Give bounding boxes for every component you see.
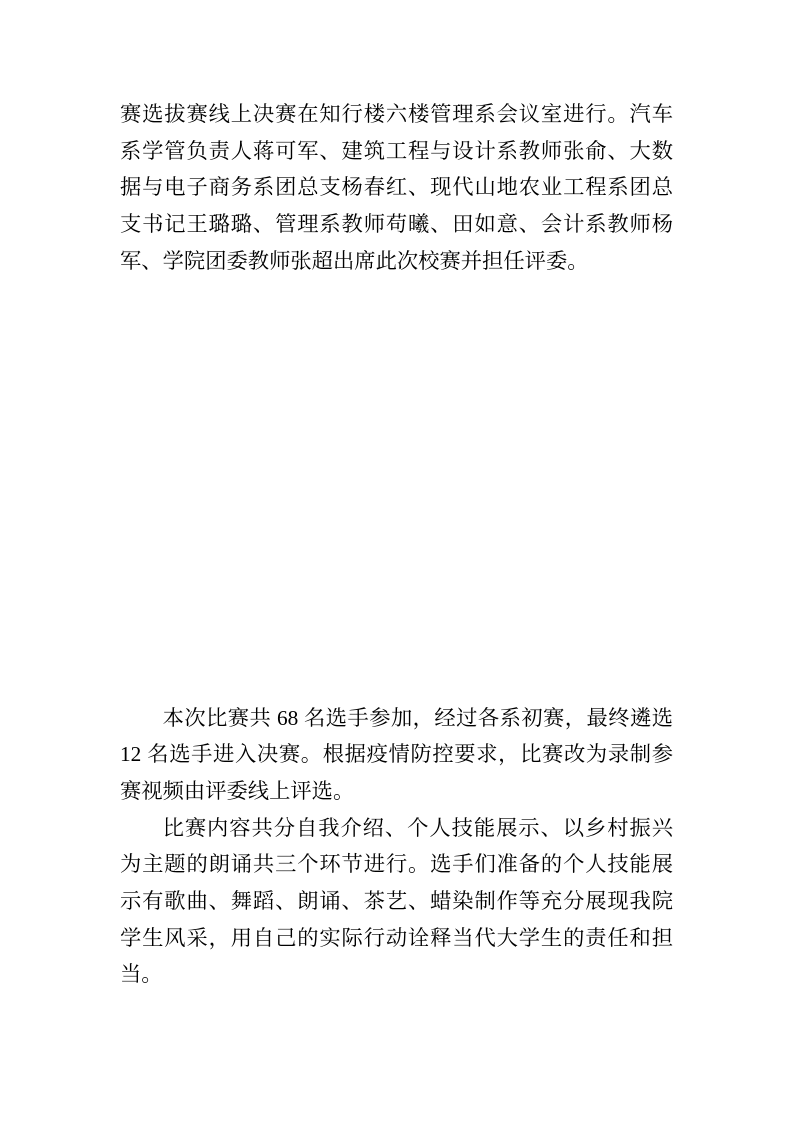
- paragraph-1: 赛选拔赛线上决赛在知行楼六楼管理系会议室进行。汽车系学管负责人蒋可军、建筑工程与…: [120, 96, 673, 280]
- document-page: 赛选拔赛线上决赛在知行楼六楼管理系会议室进行。汽车系学管负责人蒋可军、建筑工程与…: [0, 0, 793, 1122]
- paragraph-2: 本次比赛共 68 名选手参加，经过各系初赛，最终遴选 12 名选手进入决赛。根据…: [120, 700, 673, 810]
- blank-area: [120, 280, 673, 700]
- text-content: 赛选拔赛线上决赛在知行楼六楼管理系会议室进行。汽车系学管负责人蒋可军、建筑工程与…: [120, 96, 673, 993]
- paragraph-3: 比赛内容共分自我介绍、个人技能展示、以乡村振兴为主题的朗诵共三个环节进行。选手们…: [120, 810, 673, 994]
